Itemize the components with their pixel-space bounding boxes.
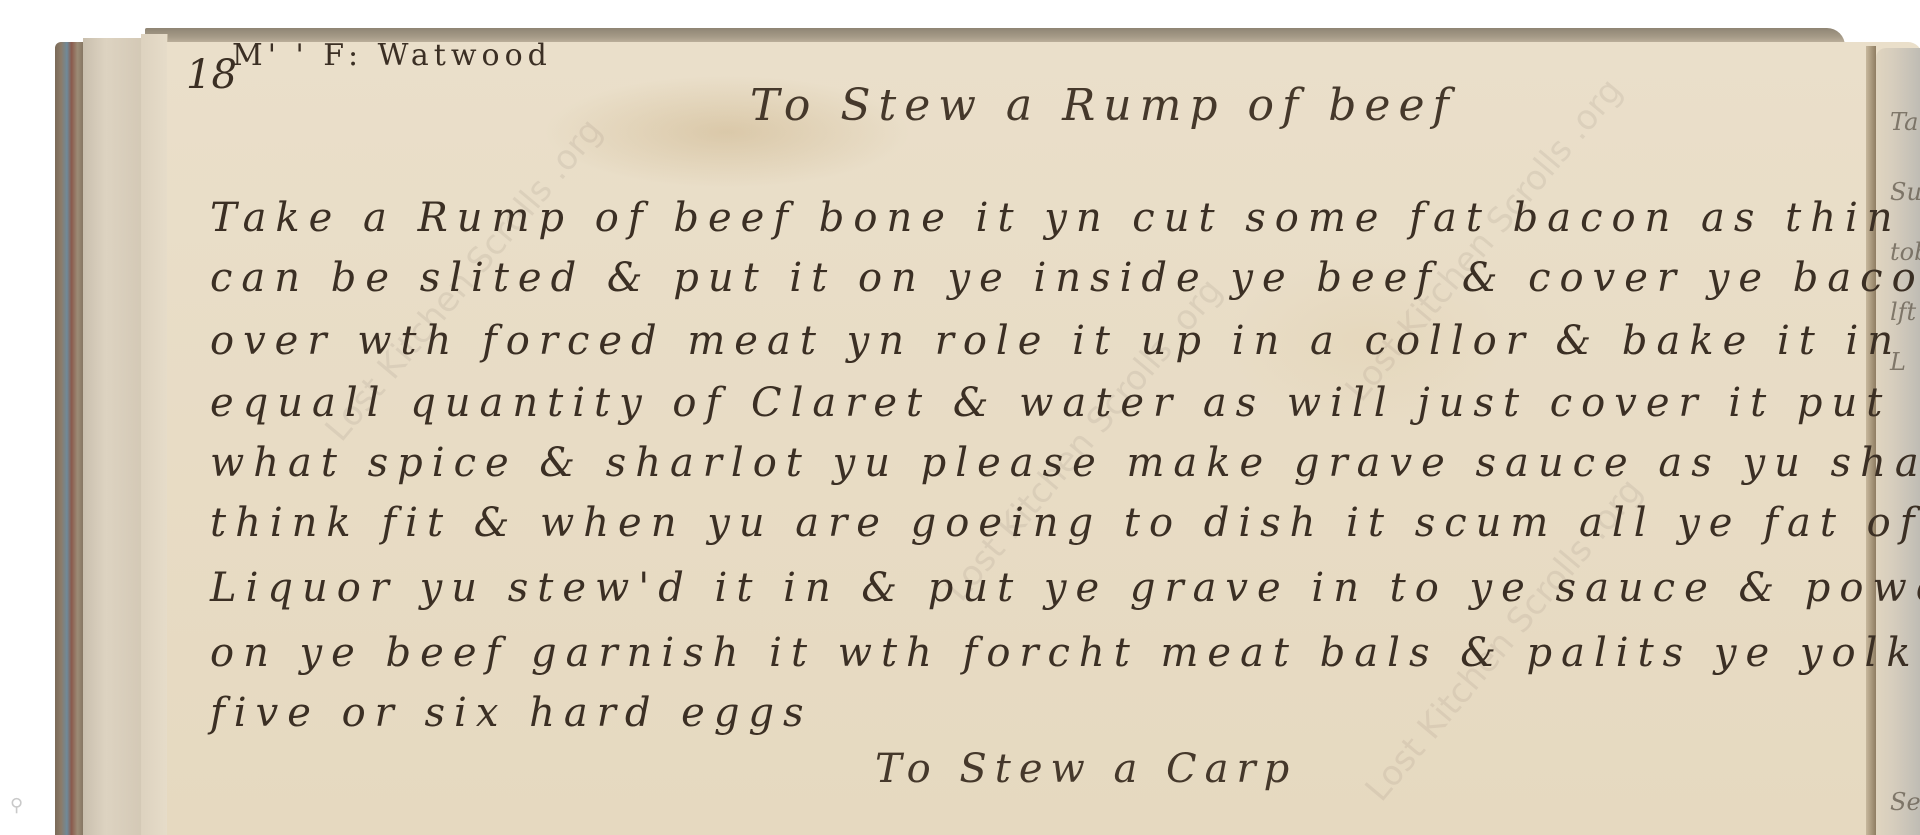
adjacent-fragment: Ta bbox=[1890, 108, 1918, 136]
adjacent-fragment: Se bbox=[1890, 788, 1920, 816]
header-note: M' ' F: Watwood bbox=[232, 38, 552, 73]
recipe-line: five or six hard eggs bbox=[210, 690, 813, 736]
recipe-title: To Stew a Rump of beef bbox=[750, 80, 1457, 131]
book-spine-binding bbox=[55, 42, 85, 835]
flyleaf-inner bbox=[141, 34, 168, 835]
flyleaf bbox=[83, 38, 142, 835]
page-number: 18 bbox=[186, 52, 237, 98]
recipe-title: To Stew a Carp bbox=[875, 746, 1297, 792]
recipe-line: Take a Rump of beef bone it yn cut some … bbox=[210, 195, 1920, 241]
watermark-logo-icon: ⚲ bbox=[10, 795, 38, 809]
recipe-line: think fit & when yu are goeing to dish i… bbox=[210, 500, 1920, 546]
recipe-line: can be slited & put it on ye inside ye b… bbox=[210, 255, 1920, 301]
recipe-line: equall quantity of Claret & water as wil… bbox=[210, 380, 1891, 426]
recipe-line: on ye beef garnish it wth forcht meat ba… bbox=[210, 630, 1920, 676]
recipe-line: Liquor yu stew'd it in & put ye grave in… bbox=[210, 565, 1920, 611]
recipe-line: over wth forced meat yn role it up in a … bbox=[210, 318, 1920, 364]
recipe-line: what spice & sharlot yu please make grav… bbox=[210, 440, 1920, 486]
